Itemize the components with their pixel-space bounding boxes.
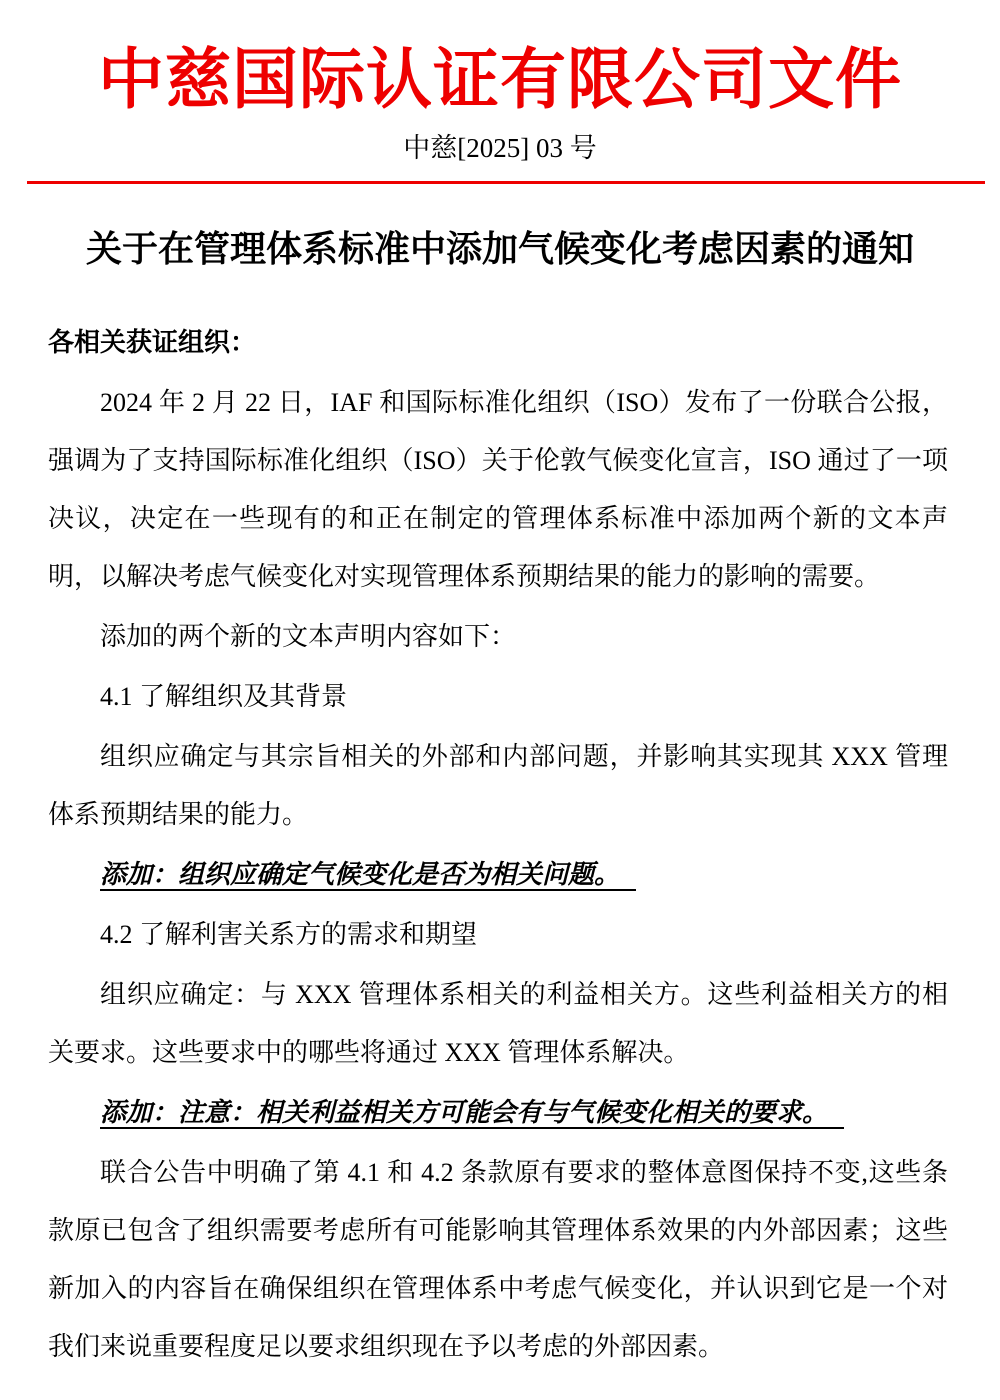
org-title: 中慈国际认证有限公司文件 bbox=[0, 0, 1000, 120]
document-page: 中慈国际认证有限公司文件 中慈[2025] 03 号 关于在管理体系标准中添加气… bbox=[0, 0, 1000, 1400]
added-clause-4-1-text: 添加：组织应确定气候变化是否为相关问题。 bbox=[100, 860, 636, 891]
added-clause-4-2-text: 添加：注意：相关利益相关方可能会有与气候变化相关的要求。 bbox=[100, 1098, 844, 1129]
clause-heading-4-2: 4.2 了解利害关系方的需求和期望 bbox=[48, 906, 948, 964]
doc-number: 中慈[2025] 03 号 bbox=[0, 132, 1000, 166]
salutation: 各相关获证组织： bbox=[48, 314, 948, 372]
added-clause-4-2: 添加：注意：相关利益相关方可能会有与气候变化相关的要求。 bbox=[48, 1084, 948, 1142]
clause-heading-4-1: 4.1 了解组织及其背景 bbox=[48, 668, 948, 726]
added-clause-4-1: 添加：组织应确定气候变化是否为相关问题。 bbox=[48, 846, 948, 904]
clause-text-4-2: 组织应确定：与 XXX 管理体系相关的利益相关方。这些利益相关方的相关要求。这些… bbox=[48, 966, 948, 1082]
body-paragraph-intro: 2024 年 2 月 22 日，IAF 和国际标准化组织（ISO）发布了一份联合… bbox=[48, 374, 948, 606]
document-header: 中慈国际认证有限公司文件 中慈[2025] 03 号 bbox=[0, 0, 1000, 184]
body-paragraph-statements-lead: 添加的两个新的文本声明内容如下： bbox=[48, 608, 948, 666]
document-body: 各相关获证组织： 2024 年 2 月 22 日，IAF 和国际标准化组织（IS… bbox=[48, 314, 948, 1376]
body-paragraph-closing: 联合公告中明确了第 4.1 和 4.2 条款原有要求的整体意图保持不变,这些条款… bbox=[48, 1144, 948, 1376]
document-title: 关于在管理体系标准中添加气候变化考虑因素的通知 bbox=[0, 226, 1000, 273]
clause-text-4-1: 组织应确定与其宗旨相关的外部和内部问题，并影响其实现其 XXX 管理体系预期结果… bbox=[48, 728, 948, 844]
header-divider bbox=[27, 181, 985, 184]
